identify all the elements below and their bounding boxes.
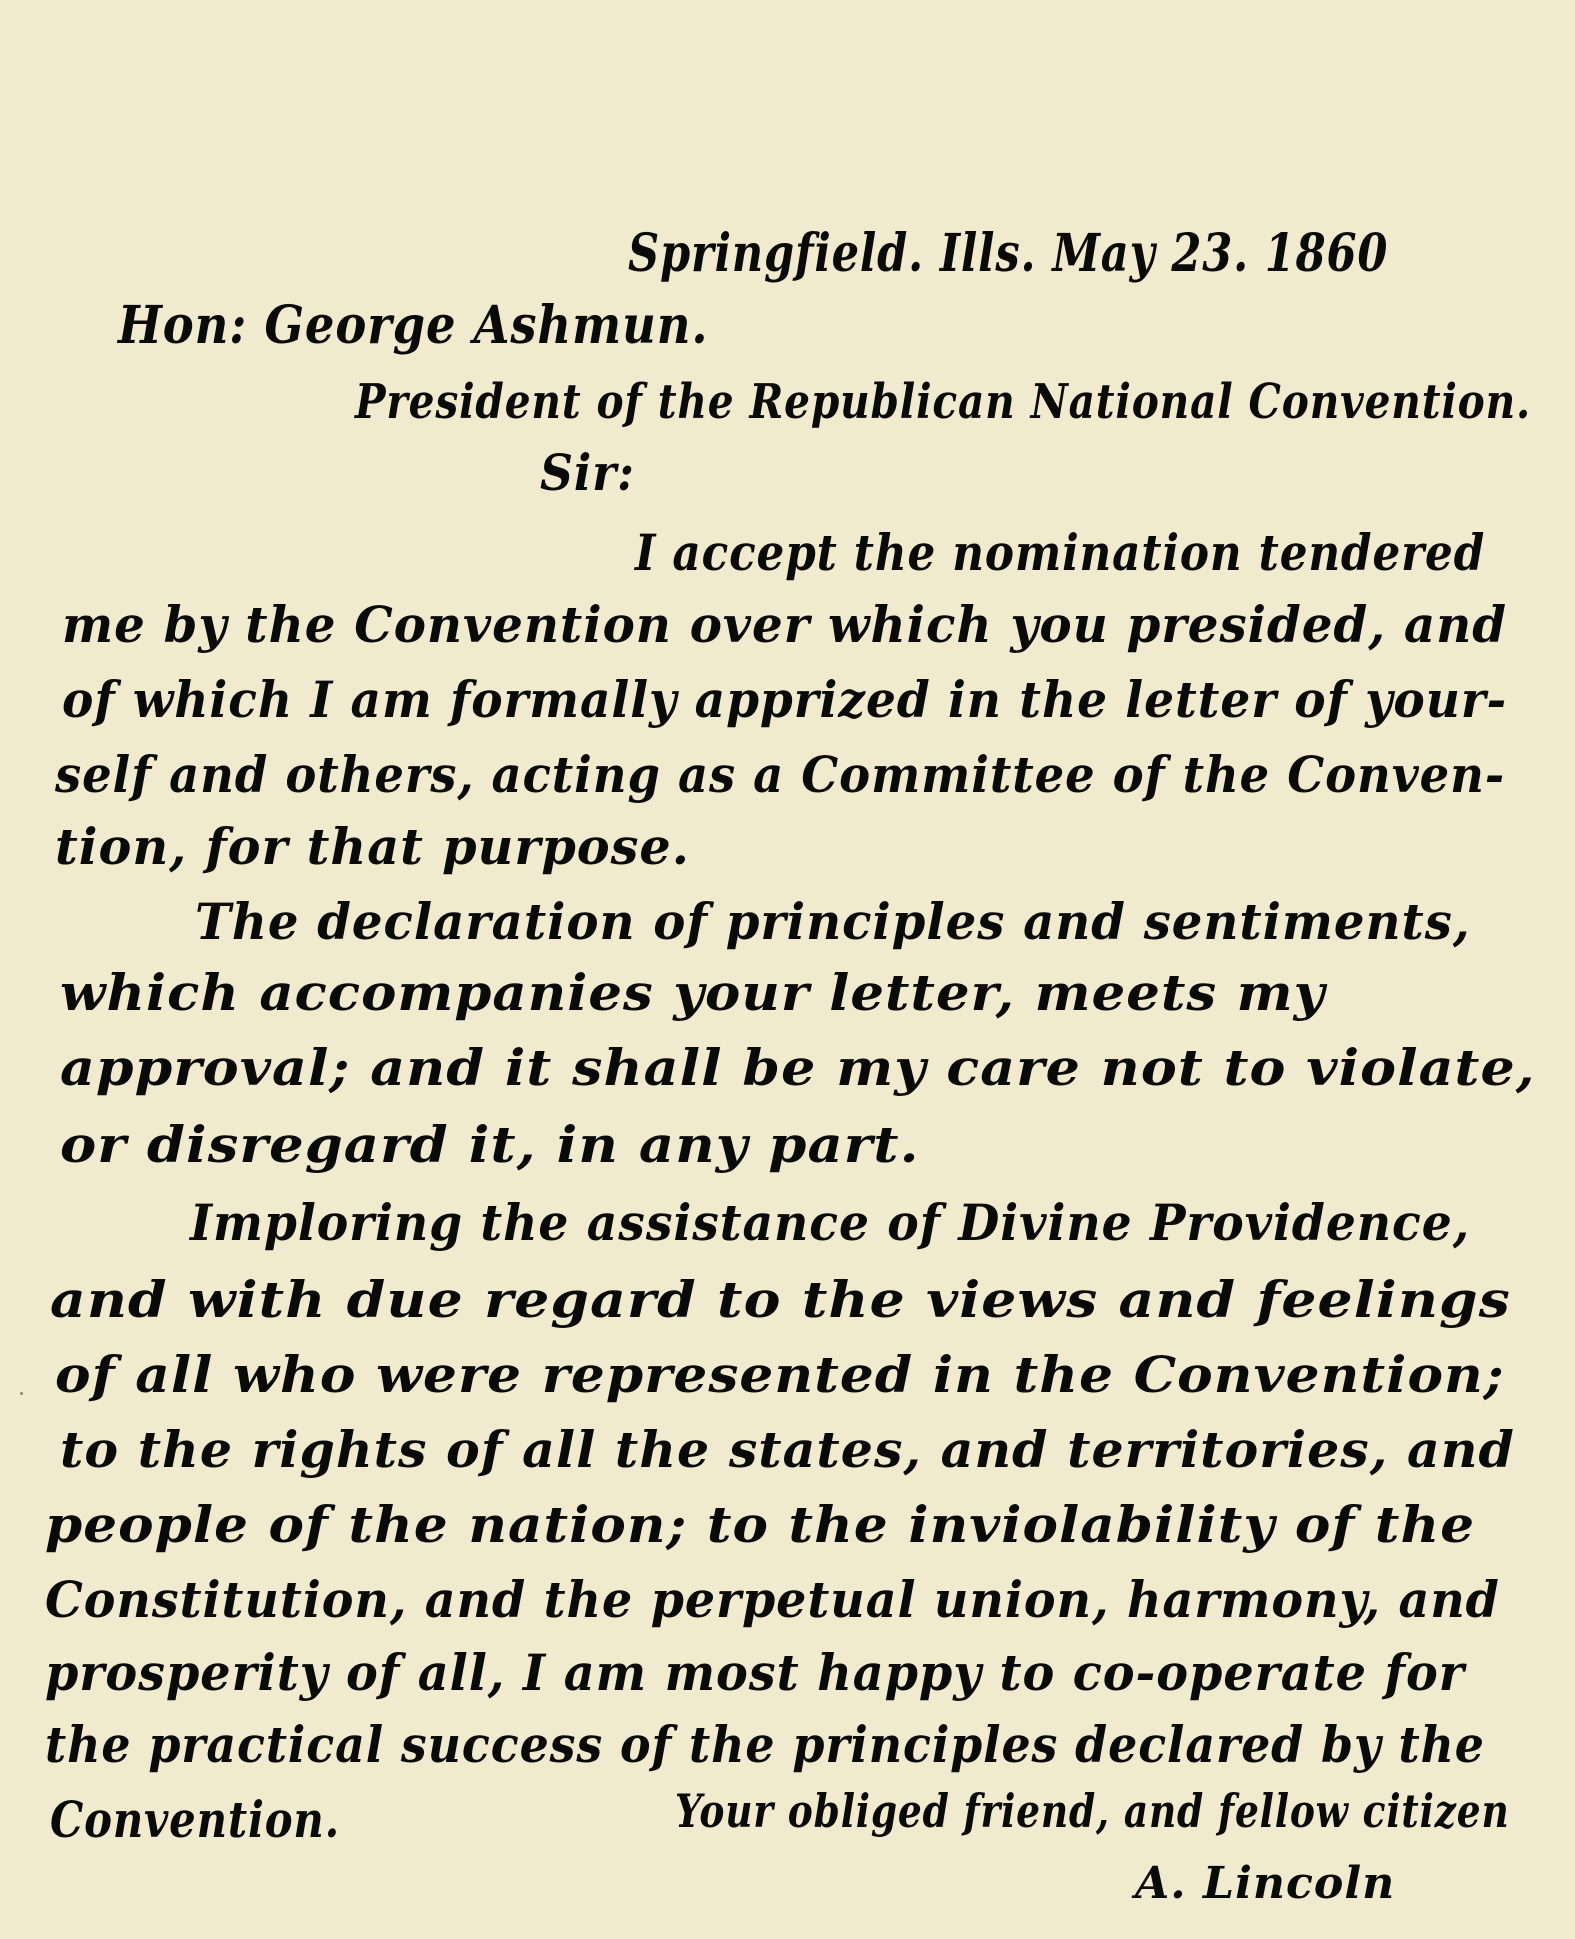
body-line: to the rights of all the states, and ter… bbox=[60, 1425, 1515, 1475]
body-line: prosperity of all, I am most happy to co… bbox=[45, 1648, 1465, 1698]
body-line: Constitution, and the perpetual union, h… bbox=[45, 1575, 1500, 1625]
body-line: self and others, acting as a Committee o… bbox=[55, 750, 1505, 800]
body-line: people of the nation; to the inviolabili… bbox=[45, 1500, 1475, 1550]
closing: Your obliged friend, and fellow citizen bbox=[675, 1788, 1510, 1834]
body-line: The declaration of principles and sentim… bbox=[195, 897, 1471, 947]
body-line: or disregard it, in any part. bbox=[60, 1120, 920, 1170]
body-line: me by the Convention over which you pres… bbox=[62, 600, 1507, 650]
body-line: which accompanies your letter, meets my bbox=[60, 968, 1325, 1018]
handwritten-letter: Springfield. Ills. May 23. 1860 Hon: Geo… bbox=[0, 0, 1575, 1939]
signature: A. Lincoln bbox=[1135, 1862, 1395, 1906]
body-line: of which I am formally apprized in the l… bbox=[62, 675, 1507, 725]
body-line: and with due regard to the views and fee… bbox=[50, 1275, 1511, 1325]
body-line: tion, for that purpose. bbox=[55, 822, 690, 872]
body-line: Convention. bbox=[50, 1795, 340, 1845]
addressee-name: Hon: George Ashmun. bbox=[118, 300, 708, 352]
body-line: the practical success of the principles … bbox=[45, 1720, 1485, 1770]
addressee-title: President of the Republican National Con… bbox=[355, 378, 1531, 426]
dateline: Springfield. Ills. May 23. 1860 bbox=[628, 228, 1388, 280]
body-line: approval; and it shall be my care not to… bbox=[60, 1043, 1536, 1093]
body-line: I accept the nomination tendered bbox=[635, 528, 1485, 578]
ink-speck bbox=[20, 1392, 23, 1395]
body-line: of all who were represented in the Conve… bbox=[55, 1350, 1505, 1400]
salutation: Sir: bbox=[540, 448, 635, 498]
body-line: Imploring the assistance of Divine Provi… bbox=[190, 1198, 1470, 1248]
